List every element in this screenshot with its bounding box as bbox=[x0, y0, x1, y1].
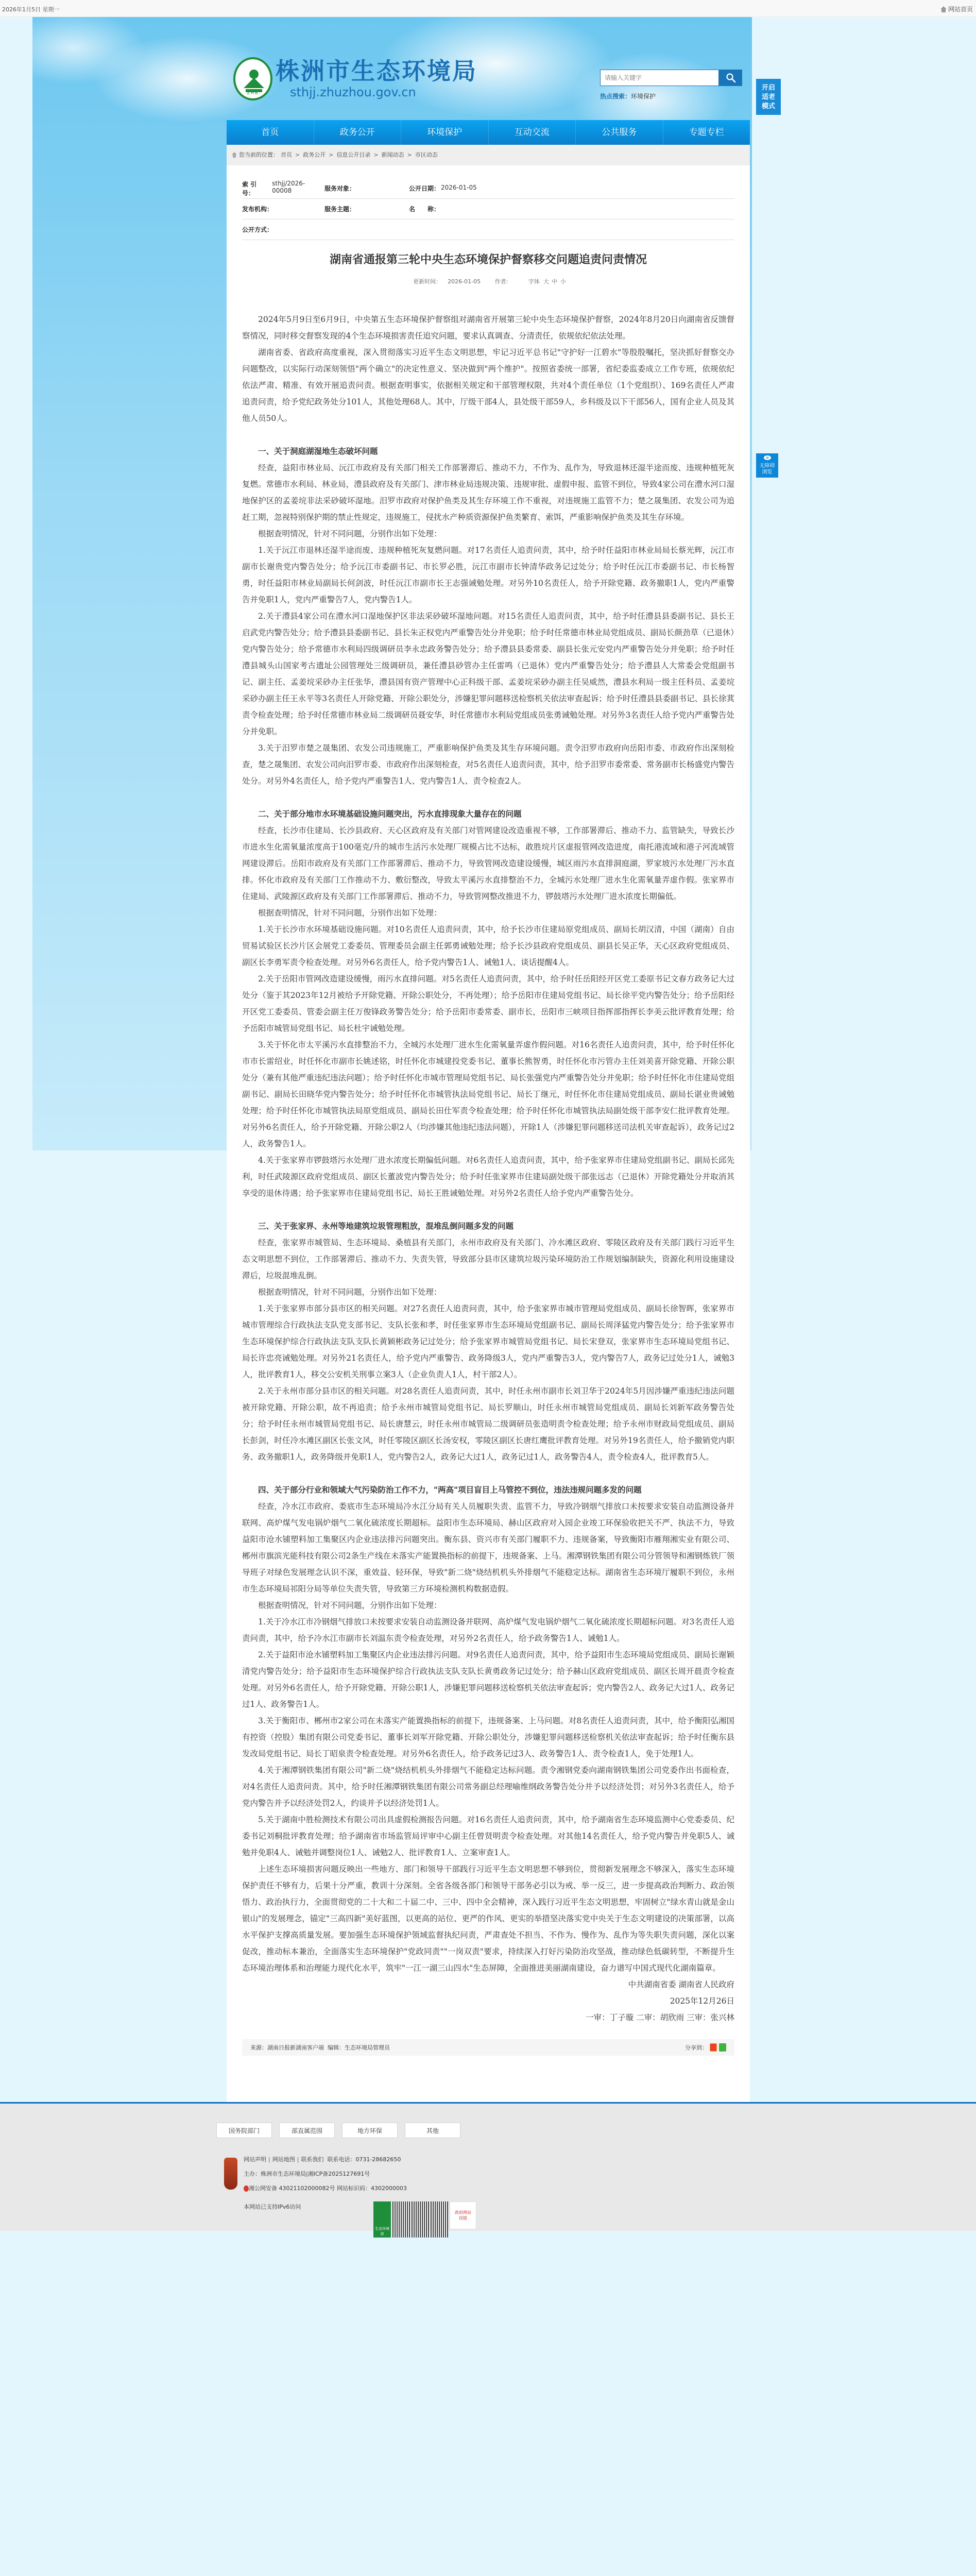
search-icon bbox=[726, 73, 736, 83]
site-id: 4302000003 bbox=[371, 2185, 407, 2192]
eye-icon bbox=[764, 455, 771, 460]
article-paragraph: 2.关于澧县4家公司在澧水河口湿地保护区非法采砂破坏湿地问题。对15名责任人追责… bbox=[242, 608, 734, 740]
update-label: 更新时间： bbox=[413, 278, 441, 285]
article-paragraph: 经查，张家界市城管局、生态环境局、桑植县有关部门，永州市政府及有关部门、冷水滩区… bbox=[242, 1234, 734, 1284]
sponsor-label: 主办： bbox=[244, 2171, 261, 2177]
publish-date: 2026-01-05 bbox=[441, 184, 477, 193]
hot-search-item[interactable]: 环境保护 bbox=[631, 93, 656, 100]
article-paragraph: 1.关于长沙市水环境基础设施问题。对10名责任人追责问责，其中，给予长沙市住建局… bbox=[242, 921, 734, 971]
signature-issuer: 中共湖南省委 湖南省人民政府 bbox=[242, 1976, 734, 1993]
section-heading: 四、关于部分行业和领域大气污染防治工作不力，"两高"项目盲目上马管控不到位，违法… bbox=[242, 1482, 734, 1498]
phone-label: 联系电话： bbox=[327, 2156, 355, 2163]
site-logo[interactable]: ZHB 株洲市生态环境局 sthjj.zhuzhou.gov.cn bbox=[233, 57, 477, 100]
section-heading: 一、关于洞庭湖湿地生态破坏问题 bbox=[242, 443, 734, 460]
mee-badge-icon[interactable]: 生态环境部 bbox=[373, 2201, 391, 2238]
home-icon bbox=[232, 152, 237, 158]
article-paragraph: 经查，长沙市住建局、长沙县政府、天心区政府及有关部门对管网建设改造重视不够，工作… bbox=[242, 822, 734, 905]
site-name: 株洲市生态环境局 bbox=[276, 58, 477, 84]
elder-mode-button[interactable]: 开启 适老 模式 bbox=[756, 79, 781, 115]
top-bar: 2026年1月5日 星期一 网站首页 bbox=[0, 0, 976, 17]
breadcrumb: 您当前的位置： 首页 > 政务公开 > 信息公开目录 > 新闻动态 > 市区动态 bbox=[227, 145, 750, 165]
article-paragraph: 根据查明情况，针对不同问题，分别作出如下处理： bbox=[242, 905, 734, 921]
icp-link[interactable]: 湘ICP备2025127691号 bbox=[308, 2171, 370, 2177]
editor: 生态环境局管理员 bbox=[345, 2044, 390, 2051]
party-gov-badge-icon[interactable] bbox=[224, 2158, 237, 2190]
article-paragraph: 2.关于岳阳市管网改造建设缓慢，雨污水直排问题。对5名责任人追责问责，其中，给予… bbox=[242, 971, 734, 1037]
main-nav: 首页 政务公开 环境保护 互动交流 公共服务 专题专栏 bbox=[227, 120, 750, 145]
nav-interaction[interactable]: 互动交流 bbox=[489, 120, 576, 145]
header-banner: ZHB 株洲市生态环境局 sthjj.zhuzhou.gov.cn 热点搜索：环… bbox=[0, 17, 976, 120]
article-paragraph: 1.关于冷水江市冷钢烟气排放口未按要求安装自动监测设备并联网、高炉煤气发电锅炉烟… bbox=[242, 1614, 734, 1647]
wechat-share-icon[interactable] bbox=[719, 2043, 726, 2052]
home-icon bbox=[940, 6, 947, 12]
article-paragraph: 湖南省委、省政府高度重视，深入贯彻落实习近平生态文明思想，牢记习近平总书记"守护… bbox=[242, 344, 734, 427]
police-record-link[interactable]: 湘公网安备 43021102000082号 bbox=[249, 2185, 335, 2192]
footer-link-other[interactable]: 其他 bbox=[405, 2123, 460, 2138]
qr-code-icon bbox=[412, 2201, 429, 2238]
font-size-small[interactable]: 小 bbox=[560, 278, 566, 285]
breadcrumb-home[interactable]: 首页 bbox=[281, 145, 292, 165]
breadcrumb-city-news[interactable]: 市区动态 bbox=[415, 145, 438, 165]
article-paragraph: 2024年5月9日至6月9日，中央第五生态环境保护督察组对湖南省开展第三轮中央生… bbox=[242, 311, 734, 344]
breadcrumb-gov-affairs[interactable]: 政务公开 bbox=[303, 145, 326, 165]
site-home-link[interactable]: 网站首页 bbox=[940, 5, 973, 13]
signature-date: 2025年12月26日 bbox=[242, 1993, 734, 2009]
footer-sitemap-link[interactable]: 网站地图 bbox=[272, 2156, 295, 2163]
site-home-label: 网站首页 bbox=[948, 5, 973, 13]
article-paragraph: 3.关于汨罗市楚之晟集团、农发公司违规施工，严重影响保护鱼类及其生存环境问题。责… bbox=[242, 740, 734, 789]
qr-code-icon bbox=[392, 2201, 410, 2238]
service-target-label: 服务对象： bbox=[324, 184, 355, 193]
article-paragraph: 3.关于怀化市太平溪污水直排整治不力，全城污水处理厂进水生化需氧量弄虚作假问题。… bbox=[242, 1037, 734, 1152]
weibo-share-icon[interactable] bbox=[710, 2043, 717, 2052]
article-paragraph: 4.关于湘潭钢铁集团有限公司"新二烧"烧结机机头外排烟气不能稳定达标问题。责令湘… bbox=[242, 1762, 734, 1811]
article-body: 2024年5月9日至6月9日，中央第五生态环境保护督察组对湖南省开展第三轮中央生… bbox=[242, 311, 734, 2026]
police-badge-icon bbox=[244, 2185, 249, 2192]
phone: 0731-28682650 bbox=[355, 2156, 401, 2163]
article-paragraph: 上述生态环境损害问题反映出一些地方、部门和领导干部践行习近平生态文明思想不够到位… bbox=[242, 1861, 734, 1976]
footer-contact-link[interactable]: 联系我们 bbox=[301, 2156, 323, 2163]
footer-statement-link[interactable]: 网站声明 bbox=[244, 2156, 266, 2163]
article-paragraph: 1.关于张家界市部分县市区的相关问题。对27名责任人追责问责，其中，给予张家界市… bbox=[242, 1300, 734, 1383]
nav-environment[interactable]: 环境保护 bbox=[401, 120, 489, 145]
nav-public-service[interactable]: 公共服务 bbox=[576, 120, 663, 145]
editor-label: 编辑： bbox=[328, 2044, 345, 2051]
search-box bbox=[600, 70, 742, 86]
content-panel: 您当前的位置： 首页 > 政务公开 > 信息公开目录 > 新闻动态 > 市区动态… bbox=[227, 145, 750, 2102]
article-info: 更新时间：2026-01-05 作者: 字体大 中 小 bbox=[227, 277, 750, 285]
breadcrumb-label: 您当前的位置： bbox=[239, 145, 279, 165]
current-date: 2026年1月5日 星期一 bbox=[2, 5, 60, 13]
main-column: 首页 政务公开 环境保护 互动交流 公共服务 专题专栏 您当前的位置： 首页 >… bbox=[227, 120, 750, 2102]
meta-row: 公开方式： bbox=[242, 219, 734, 240]
nav-gov-affairs[interactable]: 政务公开 bbox=[314, 120, 402, 145]
service-topic-label: 服务主题： bbox=[324, 205, 355, 213]
breadcrumb-info-catalog[interactable]: 信息公开目录 bbox=[336, 145, 370, 165]
signature-reviewers: 一审：丁子璇 二审：胡欣雨 三审：张兴林 bbox=[242, 2009, 734, 2026]
footer-link-group: 国务院部门 部直属范围 地方环保 其他 bbox=[216, 2123, 460, 2138]
name-label: 名 称： bbox=[409, 205, 440, 213]
footer-link-local-env[interactable]: 地方环保 bbox=[342, 2123, 398, 2138]
accessibility-button[interactable]: 无障碍 浏览 bbox=[756, 453, 778, 478]
font-size-medium[interactable]: 中 bbox=[552, 278, 557, 285]
share-label: 分享到： bbox=[685, 2043, 708, 2052]
font-size-large[interactable]: 大 bbox=[543, 278, 549, 285]
publish-date-label: 公开日期： bbox=[409, 184, 440, 193]
footer-link-ministry[interactable]: 部直属范围 bbox=[279, 2123, 335, 2138]
font-size-label: 字体 bbox=[528, 278, 540, 285]
source-bar: 来源：湖南日报新湖南客户端 编辑：生态环境局管理员 分享到： bbox=[242, 2039, 734, 2056]
article-paragraph: 根据查明情况，针对不同问题，分别作出如下处理： bbox=[242, 526, 734, 542]
source: 湖南日报新湖南客户端 bbox=[267, 2044, 324, 2051]
emblem-icon: ZHB bbox=[233, 57, 272, 100]
footer-link-state-council[interactable]: 国务院部门 bbox=[216, 2123, 272, 2138]
article-paragraph: 4.关于张家界市锣鼓塔污水处理厂进水浓度长期偏低问题。对6名责任人追责问责，其中… bbox=[242, 1152, 734, 1201]
meta-row: 发布机构： 服务主题： 名 称： bbox=[242, 199, 734, 219]
index-no: sthjj/2026-00008 bbox=[272, 180, 324, 197]
index-no-label: 索 引 号： bbox=[242, 180, 271, 197]
article-paragraph: 2.关于永州市部分县市区的相关问题。对28名责任人追责问责，其中，时任永州市副市… bbox=[242, 1383, 734, 1465]
section-heading: 二、关于部分地市水环境基础设施问题突出，污水直排现象大量存在的问题 bbox=[242, 806, 734, 822]
source-label: 来源： bbox=[250, 2044, 267, 2051]
share-group: 分享到： bbox=[685, 2043, 726, 2052]
search-button[interactable] bbox=[719, 70, 742, 86]
info-meta-table: 索 引 号：sthjj/2026-00008 服务对象： 公开日期：2026-0… bbox=[242, 178, 734, 240]
article-paragraph: 经查，益阳市林业局、沅江市政府及有关部门相关工作部署滞后、推动不力，不作为、乱作… bbox=[242, 460, 734, 526]
site-domain: sthjj.zhuzhou.gov.cn bbox=[290, 84, 477, 100]
article-paragraph: 根据查明情况，针对不同问题，分别作出如下处理： bbox=[242, 1284, 734, 1300]
update-date: 2026-01-05 bbox=[448, 278, 481, 285]
breadcrumb-news[interactable]: 新闻动态 bbox=[382, 145, 404, 165]
article-paragraph: 经查，冷水江市政府、娄底市生态环境局冷水江分局有关人员履职失责、监管不力，导致冷… bbox=[242, 1498, 734, 1597]
section-heading: 三、关于张家界、永州等地建筑垃圾管理粗放，混堆乱倒问题多发的问题 bbox=[242, 1218, 734, 1234]
author-label: 作者: bbox=[495, 278, 508, 285]
footer: 国务院部门 部直属范围 地方环保 其他 网站声明|网站地图|联系我们 联系电话：… bbox=[0, 2102, 976, 2231]
gov-site-error-report-button[interactable]: 政府网站找错 bbox=[450, 2201, 476, 2229]
site-id-label: 网站标识码： bbox=[337, 2185, 371, 2192]
article-paragraph: 5.关于湖南中胜检测技术有限公司出具虚假检测报告问题。对16名责任人追责问责，其… bbox=[242, 1811, 734, 1861]
article-title: 湖南省通报第三轮中央生态环境保护督察移交问题追责问责情况 bbox=[227, 252, 750, 268]
search-input[interactable] bbox=[600, 70, 719, 86]
nav-special-topics[interactable]: 专题专栏 bbox=[663, 120, 750, 145]
publish-method-label: 公开方式： bbox=[242, 225, 273, 234]
hot-search: 热点搜索：环境保护 bbox=[600, 92, 656, 100]
article-paragraph: 2.关于益阳市沧水铺塑料加工集聚区内企业违法排污问题。对9名责任人追责问责，其中… bbox=[242, 1647, 734, 1713]
nav-home[interactable]: 首页 bbox=[227, 120, 314, 145]
article-paragraph: 根据查明情况，针对不同问题，分别作出如下处理： bbox=[242, 1597, 734, 1614]
article-paragraph: 3.关于衡阳市、郴州市2家公司在未落实产能置换指标的前提下，违规备案、上马问题。… bbox=[242, 1713, 734, 1762]
qr-code-row: 生态环境部 政府网站找错 bbox=[373, 2201, 476, 2238]
qr-code-icon bbox=[431, 2201, 448, 2238]
hot-search-label: 热点搜索： bbox=[600, 93, 631, 100]
publisher-label: 发布机构： bbox=[242, 205, 273, 213]
sponsor: 株洲市生态环境局 bbox=[261, 2171, 306, 2177]
meta-row: 索 引 号：sthjj/2026-00008 服务对象： 公开日期：2026-0… bbox=[242, 178, 734, 199]
article-paragraph: 1.关于沅江市退林还湿半途而废、违规种植死灰复燃问题。对17名责任人追责问责，其… bbox=[242, 542, 734, 608]
